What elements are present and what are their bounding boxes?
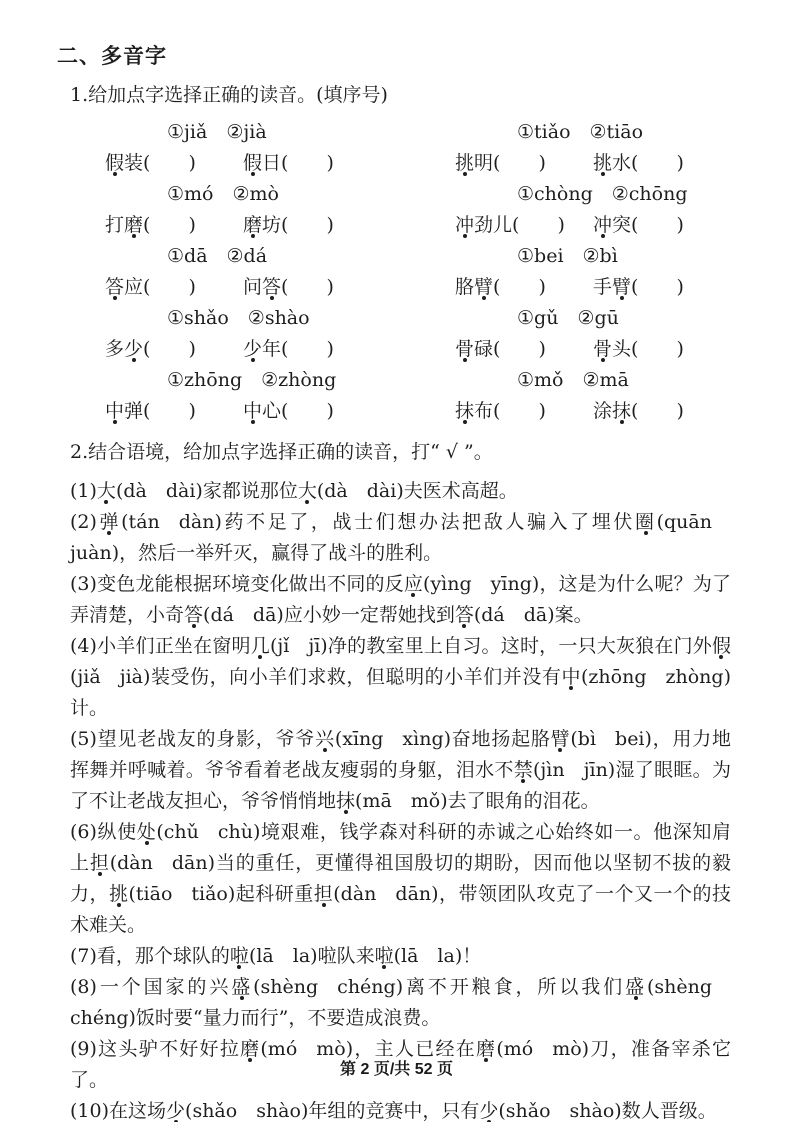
pinyin-group: ①dā ②dá 答应( ) 问答( ) xyxy=(105,241,385,303)
word-row: 冲劲儿( ) 冲突( ) xyxy=(455,210,733,241)
dotted-char: 臂 xyxy=(551,728,571,750)
word-blank-item: 冲劲儿( ) xyxy=(455,210,577,241)
word: 少年 xyxy=(243,338,281,360)
word-blank-item: 骨头( ) xyxy=(593,334,715,365)
text-segment: (5)望见老战友的身影，爷爷 xyxy=(70,728,315,750)
answer-blank: ( ) xyxy=(512,214,565,236)
pinyin-group: ①chòng ②chōng 冲劲儿( ) 冲突( ) xyxy=(455,179,733,241)
exercise2-item-5: (5)望见老战友的身影，爷爷兴(xīng xìng)奋地扬起胳臂(bì bei)… xyxy=(70,724,731,817)
text-segment: (dà dài)家都说那位 xyxy=(116,480,298,502)
dotted-char: 少 xyxy=(479,1100,498,1122)
word-blank-item: 抹布( ) xyxy=(455,396,577,427)
text-segment: 水 xyxy=(612,152,631,174)
word: 骨头 xyxy=(593,338,631,360)
exercise1-grid: ①jiǎ ②jià 假装( ) 假日( ) ①mó ②mò 打磨( ) 磨坊( … xyxy=(105,117,733,427)
answer-blank: ( ) xyxy=(143,276,196,298)
exercise1-left-column: ①jiǎ ②jià 假装( ) 假日( ) ①mó ②mò 打磨( ) 磨坊( … xyxy=(105,117,385,427)
text-segment: 布 xyxy=(474,400,493,422)
dotted-char: 答 xyxy=(105,276,124,298)
text-segment: (7)看，那个球队的 xyxy=(70,945,230,967)
answer-blank: ( ) xyxy=(631,400,684,422)
text-segment: (xīng xìng)奋地扬起胳 xyxy=(335,728,551,750)
text-segment: (shèng chéng)离不开粮食，所以我们 xyxy=(253,976,625,998)
pinyin-options: ①mǒ ②mā xyxy=(455,365,733,396)
dotted-char: 臂 xyxy=(612,276,631,298)
text-segment: (1) xyxy=(70,480,97,502)
word-row: 中弹( ) 中心( ) xyxy=(105,396,385,427)
exercise2-item-4: (4)小羊们正坐在窗明几(jǐ jī)净的教室里上自习。这时，一只大灰狼在门外假… xyxy=(70,631,731,724)
text-segment: (mā mǒ)去了眼角的泪花。 xyxy=(355,790,600,812)
answer-blank: ( ) xyxy=(631,276,684,298)
dotted-char: 臂 xyxy=(474,276,493,298)
answer-blank: ( ) xyxy=(281,276,334,298)
dotted-char: 圈 xyxy=(635,511,657,533)
answer-blank: ( ) xyxy=(631,214,684,236)
text-segment: (8)一个国家的兴 xyxy=(70,976,231,998)
pinyin-options: ①bei ②bì xyxy=(455,241,733,272)
text-segment: (shǎo shào)年组的竞赛中，只有 xyxy=(185,1100,479,1122)
text-segment: 手 xyxy=(593,276,612,298)
dotted-char: 磨 xyxy=(243,214,262,236)
dotted-char: 答 xyxy=(455,604,474,626)
page-number-label: 第 2 页/共 52 页 xyxy=(340,1061,453,1078)
text-segment: (lā la)！ xyxy=(394,945,482,967)
word-blank-item: 涂抹( ) xyxy=(593,396,715,427)
word-row: 骨碌( ) 骨头( ) xyxy=(455,334,733,365)
dotted-char: 担 xyxy=(314,883,334,905)
word: 挑水 xyxy=(593,152,631,174)
dotted-char: 禁 xyxy=(514,759,533,781)
text-segment: 装 xyxy=(124,152,143,174)
pinyin-group: ①jiǎ ②jià 假装( ) 假日( ) xyxy=(105,117,385,179)
text-segment: 明 xyxy=(474,152,493,174)
answer-blank: ( ) xyxy=(143,338,196,360)
word: 抹布 xyxy=(455,400,493,422)
dotted-char: 少 xyxy=(243,338,262,360)
dotted-char: 冲 xyxy=(455,214,474,236)
answer-blank: ( ) xyxy=(143,152,196,174)
text-segment: 碌 xyxy=(474,338,493,360)
word-blank-item: 少年( ) xyxy=(243,334,365,365)
dotted-char: 磨 xyxy=(124,214,143,236)
answer-blank: ( ) xyxy=(281,214,334,236)
pinyin-group: ①shǎo ②shào 多少( ) 少年( ) xyxy=(105,303,385,365)
exercise2-item-10: (10)在这场少(shǎo shào)年组的竞赛中，只有少(shǎo shào)… xyxy=(70,1096,731,1122)
dotted-char: 抹 xyxy=(612,400,631,422)
answer-blank: ( ) xyxy=(631,338,684,360)
exercise2-item-2: (2)弹(tán dàn)药不足了，战士们想办法把敌人骗入了埋伏圈(quān j… xyxy=(70,507,731,569)
text-segment: 问 xyxy=(243,276,262,298)
pinyin-options: ①tiǎo ②tiāo xyxy=(455,117,733,148)
exercise2-item-8: (8)一个国家的兴盛(shèng chéng)离不开粮食，所以我们盛(shèng… xyxy=(70,972,731,1034)
text-segment: (3)变色龙能根据环境变化做出不同的反 xyxy=(70,573,404,595)
pinyin-group: ①gǔ ②gū 骨碌( ) 骨头( ) xyxy=(455,303,733,365)
dotted-char: 啦 xyxy=(375,945,394,967)
text-segment: 年 xyxy=(262,338,281,360)
word: 骨碌 xyxy=(455,338,493,360)
dotted-char: 答 xyxy=(262,276,281,298)
text-segment: (4)小羊们正坐在窗明 xyxy=(70,635,251,657)
word: 胳臂 xyxy=(455,276,493,298)
pinyin-options: ①dā ②dá xyxy=(105,241,385,272)
dotted-char: 几 xyxy=(251,635,270,657)
pinyin-options: ①jiǎ ②jià xyxy=(105,117,385,148)
exercise2-item-6: (6)纵使处(chǔ chù)境艰难，钱学森对科研的赤诚之心始终如一。他深知肩上… xyxy=(70,817,731,941)
dotted-char: 假 xyxy=(105,152,124,174)
word-blank-item: 假日( ) xyxy=(243,148,365,179)
pinyin-group: ①bei ②bì 胳臂( ) 手臂( ) xyxy=(455,241,733,303)
word-blank-item: 中弹( ) xyxy=(105,396,227,427)
word-blank-item: 挑水( ) xyxy=(593,148,715,179)
answer-blank: ( ) xyxy=(493,276,546,298)
dotted-char: 应 xyxy=(404,573,423,595)
dotted-char: 挑 xyxy=(455,152,474,174)
worksheet-page: 二、多音字 1.给加点字选择正确的读音。(填序号) ①jiǎ ②jià 假装( … xyxy=(0,0,793,1122)
answer-blank: ( ) xyxy=(143,214,196,236)
word: 打磨 xyxy=(105,214,143,236)
word: 挑明 xyxy=(455,152,493,174)
word-blank-item: 中心( ) xyxy=(243,396,365,427)
word: 手臂 xyxy=(593,276,631,298)
text-segment: (10)在这场 xyxy=(70,1100,166,1122)
dotted-char: 担 xyxy=(90,852,110,874)
dotted-char: 骨 xyxy=(593,338,612,360)
text-segment: 打 xyxy=(105,214,124,236)
text-segment: (lā la)啦队来 xyxy=(249,945,375,967)
text-segment: 心 xyxy=(262,400,281,422)
exercise2-item-1: (1)大(dà dài)家都说那位大(dà dài)夫医术高超。 xyxy=(70,476,731,507)
dotted-char: 挑 xyxy=(109,883,129,905)
dotted-char: 中 xyxy=(105,400,124,422)
dotted-char: 抹 xyxy=(336,790,355,812)
dotted-char: 弹 xyxy=(97,511,121,533)
dotted-char: 处 xyxy=(137,821,157,843)
word-row: 抹布( ) 涂抹( ) xyxy=(455,396,733,427)
page-footer: 第 2 页/共 52 页 xyxy=(0,1056,793,1079)
dotted-char: 假 xyxy=(712,635,731,657)
text-segment: (dá dā)案。 xyxy=(474,604,593,626)
word: 冲突 xyxy=(593,214,631,236)
text-segment: 突 xyxy=(612,214,631,236)
dotted-char: 盛 xyxy=(625,976,647,998)
word: 冲劲儿 xyxy=(455,214,512,236)
answer-blank: ( ) xyxy=(281,338,334,360)
answer-blank: ( ) xyxy=(493,400,546,422)
pinyin-options: ①mó ②mò xyxy=(105,179,385,210)
word-blank-item: 假装( ) xyxy=(105,148,227,179)
text-segment: (2) xyxy=(70,511,97,533)
exercise2-items: (1)大(dà dài)家都说那位大(dà dài)夫医术高超。 (2)弹(tá… xyxy=(70,476,731,1122)
word-row: 假装( ) 假日( ) xyxy=(105,148,385,179)
text-segment: 弹 xyxy=(124,400,143,422)
word: 答应 xyxy=(105,276,143,298)
dotted-char: 抹 xyxy=(455,400,474,422)
dotted-char: 冲 xyxy=(593,214,612,236)
dotted-char: 假 xyxy=(243,152,262,174)
text-segment: (jǐ jī)净的教室里上自习。这时，一只大灰狼在门外 xyxy=(270,635,712,657)
pinyin-group: ①tiǎo ②tiāo 挑明( ) 挑水( ) xyxy=(455,117,733,179)
answer-blank: ( ) xyxy=(631,152,684,174)
text-segment: (shǎo shào)数人晋级。 xyxy=(498,1100,716,1122)
word: 多少 xyxy=(105,338,143,360)
word-blank-item: 冲突( ) xyxy=(593,210,715,241)
word-row: 胳臂( ) 手臂( ) xyxy=(455,272,733,303)
dotted-char: 啦 xyxy=(230,945,249,967)
word-row: 挑明( ) 挑水( ) xyxy=(455,148,733,179)
word-blank-item: 磨坊( ) xyxy=(243,210,365,241)
answer-blank: ( ) xyxy=(143,400,196,422)
word-blank-item: 胳臂( ) xyxy=(455,272,577,303)
answer-blank: ( ) xyxy=(281,152,334,174)
answer-blank: ( ) xyxy=(281,400,334,422)
pinyin-group: ①zhōng ②zhòng 中弹( ) 中心( ) xyxy=(105,365,385,427)
word-blank-item: 多少( ) xyxy=(105,334,227,365)
text-segment: 坊 xyxy=(262,214,281,236)
word: 假装 xyxy=(105,152,143,174)
word-blank-item: 问答( ) xyxy=(243,272,365,303)
pinyin-options: ①gǔ ②gū xyxy=(455,303,733,334)
exercise1-instruction: 1.给加点字选择正确的读音。(填序号) xyxy=(70,80,733,111)
pinyin-options: ①shǎo ②shào xyxy=(105,303,385,334)
pinyin-group: ①mǒ ②mā 抹布( ) 涂抹( ) xyxy=(455,365,733,427)
word: 磨坊 xyxy=(243,214,281,236)
word-row: 打磨( ) 磨坊( ) xyxy=(105,210,385,241)
dotted-char: 少 xyxy=(124,338,143,360)
exercise2-instruction: 2.结合语境，给加点字选择正确的读音，打“ √ ”。 xyxy=(70,437,733,468)
text-segment: (dá dā)应小妙一定帮她找到 xyxy=(203,604,455,626)
dotted-char: 骨 xyxy=(455,338,474,360)
dotted-char: 大 xyxy=(97,480,116,502)
word: 中心 xyxy=(243,400,281,422)
word-blank-item: 挑明( ) xyxy=(455,148,577,179)
exercise2-item-7: (7)看，那个球队的啦(lā la)啦队来啦(lā la)！ xyxy=(70,941,731,972)
pinyin-options: ①zhōng ②zhòng xyxy=(105,365,385,396)
text-segment: 涂 xyxy=(593,400,612,422)
exercise1-right-column: ①tiǎo ②tiāo 挑明( ) 挑水( ) ①chòng ②chōng 冲劲… xyxy=(455,117,733,427)
text-segment: 日 xyxy=(262,152,281,174)
dotted-char: 大 xyxy=(298,480,317,502)
pinyin-options: ①chòng ②chōng xyxy=(455,179,733,210)
exercise2-item-3: (3)变色龙能根据环境变化做出不同的反应(yìng yīng)，这是为什么呢？为… xyxy=(70,569,731,631)
word: 涂抹 xyxy=(593,400,631,422)
text-segment: (6)纵使 xyxy=(70,821,137,843)
text-segment: (dà dài)夫医术高超。 xyxy=(317,480,518,502)
word-blank-item: 手臂( ) xyxy=(593,272,715,303)
word-blank-item: 答应( ) xyxy=(105,272,227,303)
dotted-char: 盛 xyxy=(231,976,253,998)
dotted-char: 少 xyxy=(166,1100,185,1122)
section-heading: 二、多音字 xyxy=(57,44,733,70)
dotted-char: 中 xyxy=(243,400,262,422)
word-row: 多少( ) 少年( ) xyxy=(105,334,385,365)
word: 问答 xyxy=(243,276,281,298)
dotted-char: 答 xyxy=(184,604,203,626)
dotted-char: 兴 xyxy=(315,728,335,750)
answer-blank: ( ) xyxy=(493,152,546,174)
text-segment: 胳 xyxy=(455,276,474,298)
dotted-char: 挑 xyxy=(593,152,612,174)
text-segment: (jiǎ jià)装受伤，向小羊们求救，但聪明的小羊们并没有 xyxy=(70,666,561,688)
pinyin-group: ①mó ②mò 打磨( ) 磨坊( ) xyxy=(105,179,385,241)
text-segment: 劲儿 xyxy=(474,214,512,236)
dotted-char: 中 xyxy=(561,666,581,688)
word-blank-item: 打磨( ) xyxy=(105,210,227,241)
text-segment: 头 xyxy=(612,338,631,360)
word: 假日 xyxy=(243,152,281,174)
word-blank-item: 骨碌( ) xyxy=(455,334,577,365)
text-segment: 多 xyxy=(105,338,124,360)
text-segment: (tiāo tiǎo)起科研重 xyxy=(129,883,314,905)
text-segment: 应 xyxy=(124,276,143,298)
text-segment: (tán dàn)药不足了，战士们想办法把敌人骗入了埋伏 xyxy=(121,511,635,533)
answer-blank: ( ) xyxy=(493,338,546,360)
word-row: 答应( ) 问答( ) xyxy=(105,272,385,303)
word: 中弹 xyxy=(105,400,143,422)
